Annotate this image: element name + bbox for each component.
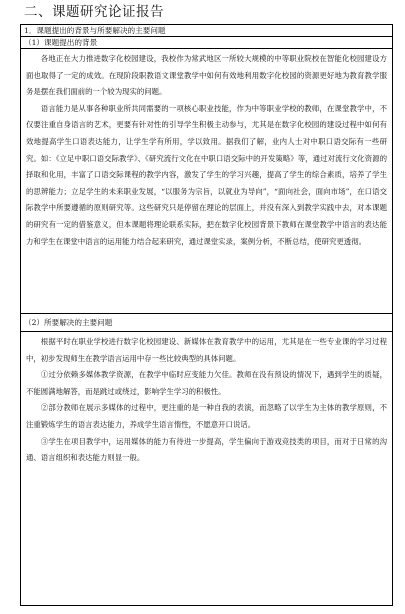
document-title: 二、课题研究论证报告 (24, 4, 164, 20)
table-header-row: 1．课题提出的背景与所要解决的主要问题 (21, 25, 392, 37)
paragraph: ③学生在项目教学中，运用媒体的能力有待进一步提高，学生偏向于游戏竞技类的项目，而… (26, 434, 387, 467)
section-background-heading: （1）课题提出的背景 (21, 37, 392, 49)
paragraph: 各地正在大力推进数字化校园建设，我校作为常武地区一所较大规模的中等职业院校在智能… (26, 51, 387, 101)
section-problems-heading: （2）所要解决的主要问题 (21, 314, 392, 332)
paragraph: 语言能力是从事各种职业所共同需要的一项核心职业技能，作为中等职业学校的教师，在课… (26, 101, 387, 250)
paragraph: ②部分教师在展示多媒体的过程中，更注重的是一种自我的表演，而忽略了以学生为主体的… (26, 400, 387, 433)
report-table: 1．课题提出的背景与所要解决的主要问题 （1）课题提出的背景 各地正在大力推进数… (20, 24, 393, 606)
section-problems-body: 根据平时在职业学校进行数字化校园建设、新媒体在教育教学中的运用，尤其是在一些专业… (21, 332, 392, 605)
paragraph: ①过分依赖多媒体教学资源，在教学中临时应变能力欠佳。教师在没有预设的情况下，遇到… (26, 367, 387, 400)
section-background-body: 各地正在大力推进数字化校园建设，我校作为常武地区一所较大规模的中等职业院校在智能… (21, 49, 392, 314)
paragraph: 根据平时在职业学校进行数字化校园建设、新媒体在教育教学中的运用，尤其是在一些专业… (26, 334, 387, 367)
